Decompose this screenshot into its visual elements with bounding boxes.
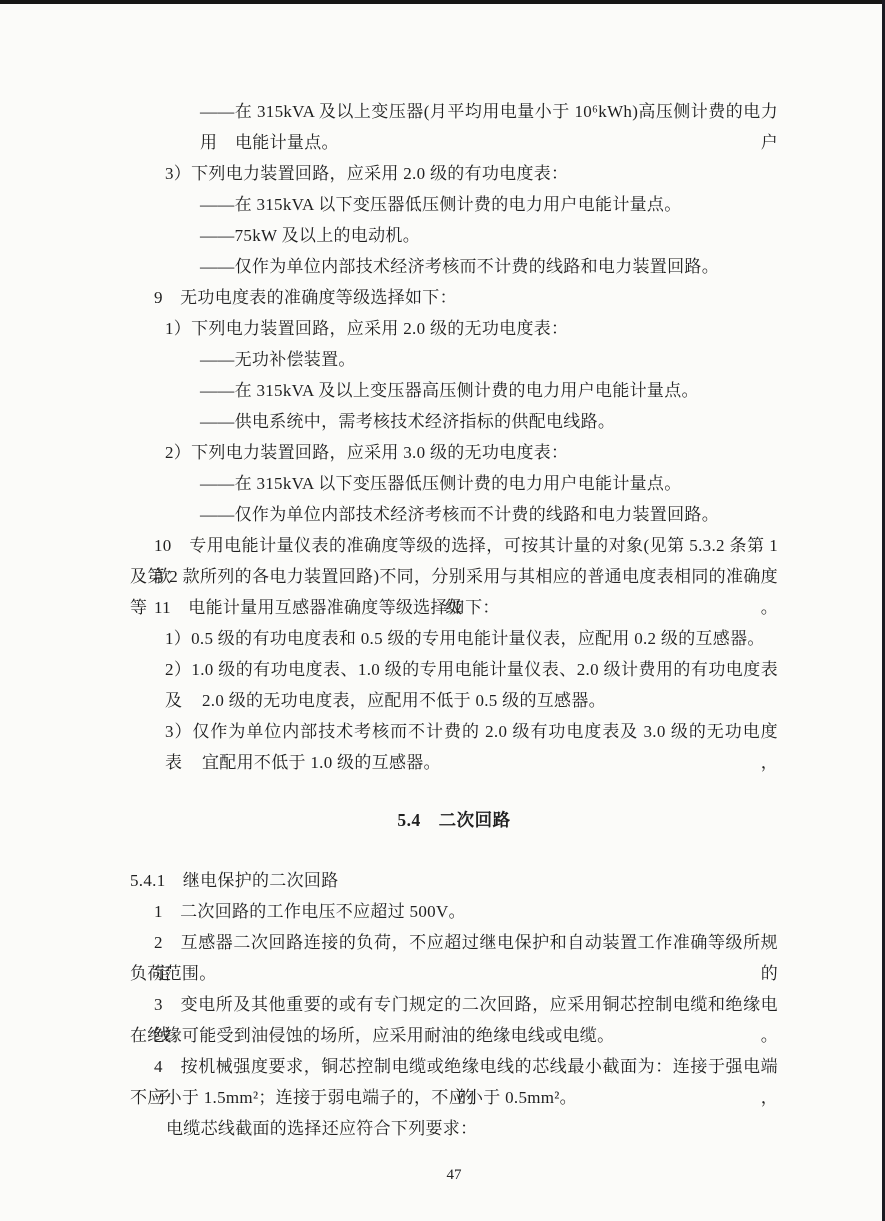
scanned-page: ——在 315kVA 及以上变压器(月平均用电量小于 10⁶kWh)高压侧计费的… [0,0,885,1221]
clause-list-upper: ——在 315kVA 及以上变压器(月平均用电量小于 10⁶kWh)高压侧计费的… [130,96,778,778]
document-line: 电缆芯线截面的选择还应符合下列要求： [130,1113,778,1144]
document-line: 5.4.1 继电保护的二次回路 [130,865,778,896]
document-line: 4 按机械强度要求，铜芯控制电缆或绝缘电线的芯线最小截面为：连接于强电端子的， [130,1051,778,1082]
document-line: ——75kW 及以上的电动机。 [130,220,778,251]
document-line: 9 无功电度表的准确度等级选择如下： [130,282,778,313]
document-line: 2 互感器二次回路连接的负荷，不应超过继电保护和自动装置工作准确等级所规定的 [130,927,778,958]
document-line: 2）下列电力装置回路，应采用 3.0 级的无功电度表： [130,437,778,468]
document-line: ——供电系统中，需考核技术经济指标的供配电线路。 [130,406,778,437]
document-line: 3）仅作为单位内部技术考核而不计费的 2.0 级有功电度表及 3.0 级的无功电… [130,716,778,747]
document-line: 3）下列电力装置回路，应采用 2.0 级的有功电度表： [130,158,778,189]
document-line: 1 二次回路的工作电压不应超过 500V。 [130,896,778,927]
document-line: ——仅作为单位内部技术经济考核而不计费的线路和电力装置回路。 [130,251,778,282]
document-line: ——在 315kVA 以下变压器低压侧计费的电力用户电能计量点。 [130,189,778,220]
document-line: 及第 2 款所列的各电力装置回路)不同，分别采用与其相应的普通电度表相同的准确度… [130,561,778,592]
document-line: 2.0 级的无功电度表，应配用不低于 0.5 级的互感器。 [130,685,778,716]
document-line: ——在 315kVA 以下变压器低压侧计费的电力用户电能计量点。 [130,468,778,499]
document-line: ——无功补偿装置。 [130,344,778,375]
document-line: ——在 315kVA 及以上变压器(月平均用电量小于 10⁶kWh)高压侧计费的… [130,96,778,127]
document-line: 2）1.0 级的有功电度表、1.0 级的专用电能计量仪表、2.0 级计费用的有功… [130,654,778,685]
document-line: 1）下列电力装置回路，应采用 2.0 级的无功电度表： [130,313,778,344]
page-footer: 47 [130,1160,778,1191]
document-line: 1）0.5 级的有功电度表和 0.5 级的专用电能计量仪表，应配用 0.2 级的… [130,623,778,654]
document-body: ——在 315kVA 及以上变压器(月平均用电量小于 10⁶kWh)高压侧计费的… [130,0,778,1191]
section-heading: 5.4 二次回路 [130,805,778,836]
document-line: 10 专用电能计量仪表的准确度等级的选择，可按其计量的对象(见第 5.3.2 条… [130,530,778,561]
clause-list-lower: 5.4.1 继电保护的二次回路1 二次回路的工作电压不应超过 500V。2 互感… [130,865,778,1144]
document-line: ——仅作为单位内部技术经济考核而不计费的线路和电力装置回路。 [130,499,778,530]
page-number: 47 [447,1167,462,1183]
document-line: ——在 315kVA 及以上变压器高压侧计费的电力用户电能计量点。 [130,375,778,406]
document-line: 3 变电所及其他重要的或有专门规定的二次回路，应采用铜芯控制电缆和绝缘电线。 [130,989,778,1020]
